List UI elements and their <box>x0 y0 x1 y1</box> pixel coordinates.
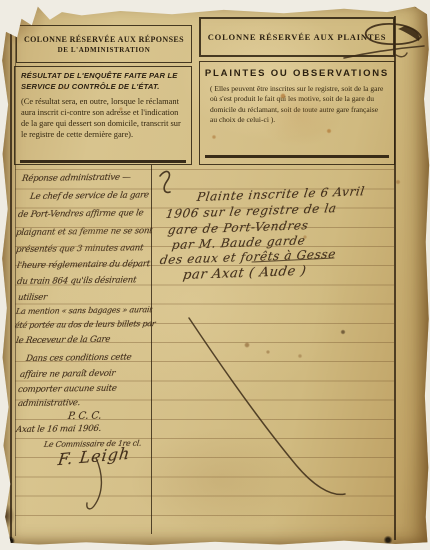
handwriting-line: administrative. <box>17 398 80 409</box>
handwriting-line: le Receveur de la Gare <box>15 335 110 346</box>
handwriting-line: La mention « sans bagages » aurait <box>15 305 152 316</box>
result-box: RÉSULTAT DE L'ENQUÊTE FAITE PAR LE SERVI… <box>14 66 192 165</box>
handwriting-line: P. C. C. <box>67 411 102 422</box>
handwriting-line: présentés que 3 minutes avant <box>15 243 143 255</box>
handwriting-line: plaignant et sa femme ne se sont <box>15 226 153 238</box>
right-column-header-title: COLONNE RÉSERVÉE AUX PLAINTES <box>208 32 387 42</box>
result-box-note: (Ce résultat sera, en outre, lorsque le … <box>21 97 185 140</box>
handwriting-line: l'heure réglementaire du départ <box>16 259 150 271</box>
handwriting-line: de Port-Vendres affirme que le <box>17 208 144 220</box>
document-page: COLONNE RÉSERVÉE AUX RÉPONSES DE L'ADMIN… <box>0 0 430 550</box>
left-column-header-line2: DE L'ADMINISTRATION <box>58 46 151 54</box>
ink-flourish-wedge <box>398 26 419 41</box>
page-corner-number: 2 <box>413 2 424 9</box>
page-border-left-outer <box>10 22 12 538</box>
ink-flourish-hook <box>396 53 407 57</box>
handwriting-line: utiliser <box>17 293 47 303</box>
handwriting-line: affaire ne paraît devoir <box>19 369 115 380</box>
result-box-title: RÉSULTAT DE L'ENQUÊTE FAITE PAR LE SERVI… <box>21 71 185 92</box>
scanned-register-page: COLONNE RÉSERVÉE AUX RÉPONSES DE L'ADMIN… <box>0 0 430 550</box>
handwriting-line: Axat le 16 mai 1906. <box>15 424 101 435</box>
right-column-header: COLONNE RÉSERVÉE AUX PLAINTES <box>199 17 395 57</box>
left-column-header-line1: COLONNE RÉSERVÉE AUX RÉPONSES <box>24 35 184 44</box>
handwriting-line: du train 864 qu'ils désiraient <box>16 275 136 287</box>
plaintes-box-rule <box>205 155 389 158</box>
plaintes-box-note: ( Elles peuvent être inscrites sur le re… <box>210 84 384 125</box>
plaintes-box: PLAINTES OU OBSERVATIONS ( Elles peuvent… <box>199 61 395 165</box>
handwriting-line: comporter aucune suite <box>17 384 117 395</box>
plaintes-box-title: PLAINTES OU OBSERVATIONS <box>202 68 392 79</box>
handwriting-line: Le chef de service de la gare <box>29 190 149 202</box>
result-box-rule <box>20 160 186 163</box>
handwriting-line: Dans ces conditions cette <box>25 353 132 364</box>
column-divider <box>151 165 152 534</box>
left-column-header: COLONNE RÉSERVÉE AUX RÉPONSES DE L'ADMIN… <box>16 25 192 63</box>
handwriting-line: Réponse administrative — <box>21 172 131 184</box>
